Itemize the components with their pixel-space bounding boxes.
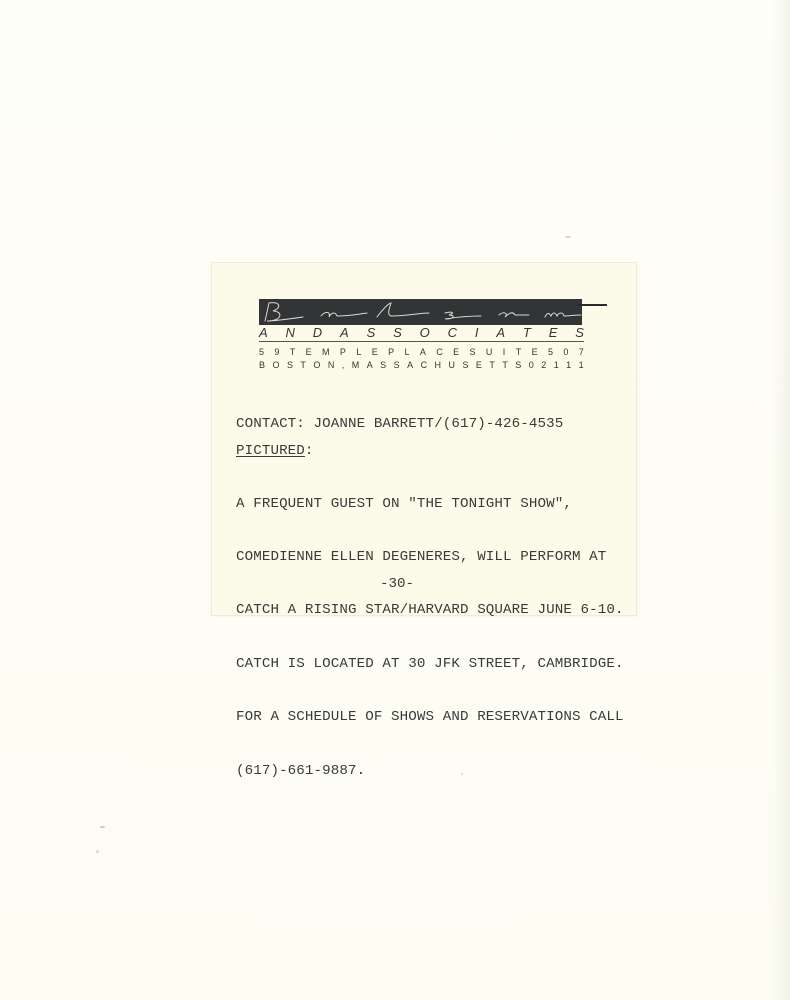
press-release-card: A N D A S S O C I A T E S 59TEMPLEPLACES… (212, 263, 636, 615)
address-char: H (435, 360, 442, 370)
caption-line: FOR A SCHEDULE OF SHOWS AND RESERVATIONS… (236, 709, 624, 727)
logo-bar (259, 299, 582, 325)
address-line-2: BOSTON,MASSACHUSETTS02111 (259, 360, 584, 370)
address-char: A (367, 360, 373, 370)
address-char: T (516, 347, 522, 357)
address-char: E (453, 347, 459, 357)
address-char: B (259, 360, 265, 370)
address-char: 5 (548, 347, 553, 357)
address-char: 1 (579, 360, 584, 370)
caption-line: CATCH IS LOCATED AT 30 JFK STREET, CAMBR… (236, 656, 624, 674)
pictured-heading: PICTURED: (236, 443, 314, 459)
address-char: I (503, 347, 506, 357)
contact-line: CONTACT: JOANNE BARRETT/(617)-426-4535 (236, 416, 563, 432)
tagline-letter: O (420, 325, 430, 341)
address-line-1: 59TEMPLEPLACESUITE507 (259, 347, 584, 357)
address-char: 5 (259, 347, 264, 357)
tagline-letter: A (496, 325, 505, 341)
address-char: A (407, 360, 413, 370)
tagline-letter: S (367, 325, 376, 341)
address-char: S (287, 360, 293, 370)
address-char: S (380, 360, 386, 370)
pictured-colon: : (305, 443, 314, 459)
address-char: N (328, 360, 335, 370)
address-char: E (306, 347, 312, 357)
address-char: A (420, 347, 426, 357)
address-char: S (515, 360, 521, 370)
address-char: M (322, 347, 330, 357)
address-char: M (352, 360, 360, 370)
tagline-letter: D (313, 325, 322, 341)
address-char: P (340, 347, 346, 357)
tagline-letter: E (549, 325, 558, 341)
balsom-script-logo (259, 299, 582, 325)
address-char: S (462, 360, 468, 370)
tagline-letter: N (286, 325, 295, 341)
address-char: E (476, 360, 482, 370)
address-char: U (486, 347, 493, 357)
address-char: L (356, 347, 361, 357)
address-char: C (436, 347, 443, 357)
address-char: E (532, 347, 538, 357)
address-char: 1 (554, 360, 559, 370)
ink-speck (96, 850, 99, 853)
address-char: E (372, 347, 378, 357)
ink-speck (100, 826, 105, 828)
address-char: O (272, 360, 279, 370)
end-mark: -30- (380, 576, 414, 592)
tagline-letter: A (340, 325, 349, 341)
address-char: , (342, 360, 345, 370)
address-char: S (394, 360, 400, 370)
address-char: C (421, 360, 428, 370)
address-char: O (313, 360, 320, 370)
logo-underline-stroke (577, 304, 607, 306)
address-char: U (448, 360, 455, 370)
address-char: P (388, 347, 394, 357)
edge-shade (772, 0, 790, 1000)
ink-speck (565, 236, 571, 238)
pictured-label: PICTURED (236, 443, 305, 459)
tagline-letter: S (393, 325, 402, 341)
address-char: 0 (563, 347, 568, 357)
caption-line: A FREQUENT GUEST ON "THE TONIGHT SHOW", (236, 496, 624, 514)
address-char: S (470, 347, 476, 357)
address-char: 0 (529, 360, 534, 370)
address-char: 2 (541, 360, 546, 370)
tagline-letter: S (575, 325, 584, 341)
address-char: 7 (579, 347, 584, 357)
tagline-letter: T (523, 325, 531, 341)
address-char: L (404, 347, 409, 357)
caption-line: (617)-661-9887. (236, 763, 624, 781)
caption-body: A FREQUENT GUEST ON "THE TONIGHT SHOW", … (236, 460, 624, 816)
caption-line: CATCH A RISING STAR/HARVARD SQUARE JUNE … (236, 602, 624, 620)
caption-line: COMEDIENNE ELLEN DEGENERES, WILL PERFORM… (236, 549, 624, 567)
address-char: T (502, 360, 508, 370)
address-char: 1 (566, 360, 571, 370)
address-char: T (290, 347, 296, 357)
address-char: T (300, 360, 306, 370)
tagline-letter: I (475, 325, 479, 341)
address-char: T (489, 360, 495, 370)
tagline-and-associates: A N D A S S O C I A T E S (259, 325, 584, 342)
tagline-letter: C (448, 325, 457, 341)
tagline-letter: A (259, 325, 268, 341)
address-char: 9 (274, 347, 279, 357)
